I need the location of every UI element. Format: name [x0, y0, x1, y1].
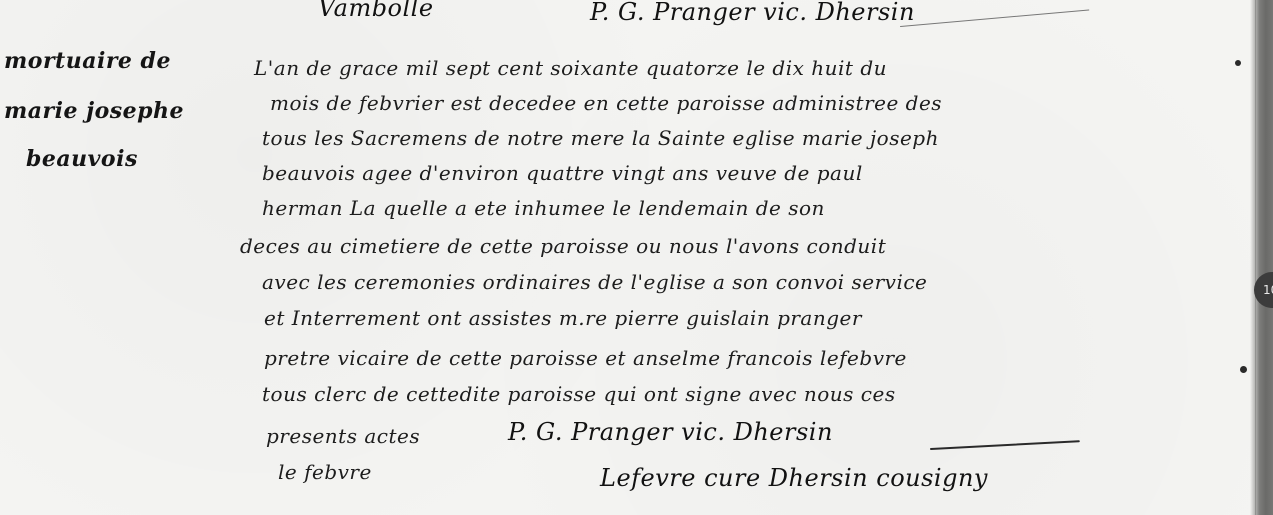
body-line-8: et Interrement ont assistes m.re pierre …	[264, 306, 862, 330]
closing-le-febvre-signature: le febvre	[278, 460, 372, 484]
body-line-3: tous les Sacremens de notre mere la Sain…	[262, 126, 939, 150]
body-line-6: deces au cimetiere de cette paroisse ou …	[240, 234, 886, 258]
page-binding-edge	[1255, 0, 1273, 515]
signature-pranger: P. G. Pranger vic. Dhersin	[508, 418, 833, 446]
body-line-7: avec les ceremonies ordinaires de l'egli…	[262, 270, 927, 294]
ink-dot	[1235, 60, 1241, 66]
margin-note-line-1: mortuaire de	[4, 48, 171, 74]
header-signature-left: Vambolle	[318, 0, 434, 22]
header-signature-right: P. G. Pranger vic. Dhersin	[590, 0, 915, 26]
closing-present-actes: presents actes	[266, 424, 420, 448]
ink-dot	[1240, 366, 1247, 373]
body-line-5: herman La quelle a ete inhumee le lendem…	[262, 196, 825, 220]
manuscript-page-scan: Vambolle P. G. Pranger vic. Dhersin mort…	[0, 0, 1273, 515]
body-line-10: tous clerc de cettedite paroisse qui ont…	[262, 382, 896, 406]
margin-note-line-2: marie josephe	[4, 98, 184, 124]
signature-pranger-flourish	[930, 440, 1080, 450]
body-line-4: beauvois agee d'environ quattre vingt an…	[262, 161, 863, 185]
margin-note-line-3: beauvois	[26, 146, 138, 172]
body-line-9: pretre vicaire de cette paroisse et anse…	[264, 346, 907, 370]
body-line-2: mois de febvrier est decedee en cette pa…	[270, 91, 942, 115]
signature-lefevre-cure: Lefevre cure Dhersin cousigny	[600, 464, 988, 492]
body-line-1: L'an de grace mil sept cent soixante qua…	[254, 56, 887, 80]
header-signature-flourish	[900, 9, 1089, 27]
